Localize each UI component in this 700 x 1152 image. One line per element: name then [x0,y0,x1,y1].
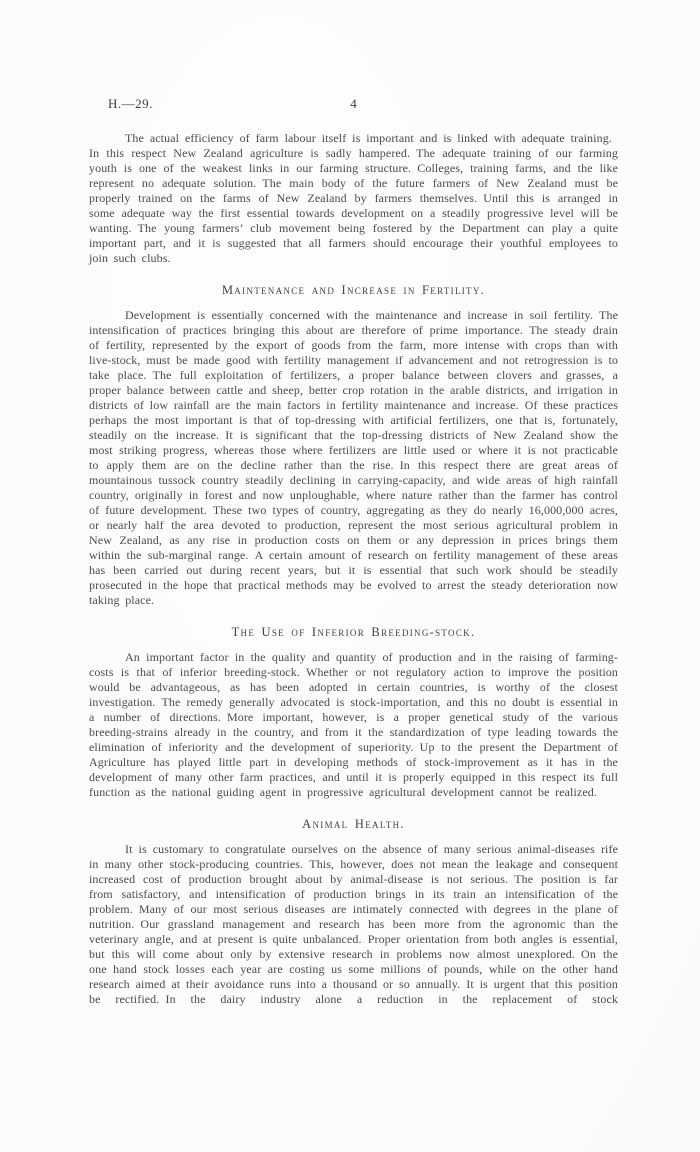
section-heading: Maintenance and Increase in Fertility. [89,283,618,297]
document-section: Animal Health.It is customary to congrat… [89,817,618,1007]
paragraph: It is customary to congratulate ourselve… [89,842,618,1007]
paragraph: An important factor in the quality and q… [89,650,618,800]
paragraph: Development is essentially concerned wit… [89,308,618,608]
document-section: Maintenance and Increase in Fertility.De… [89,283,618,608]
page-content: H.—29. 4 The actual efficiency of farm l… [89,96,618,1007]
document-body: The actual efficiency of farm labour its… [89,131,618,1007]
page-header: H.—29. 4 [89,96,618,111]
document-page: H.—29. 4 The actual efficiency of farm l… [0,0,700,1152]
section-heading: The Use of Inferior Breeding-stock. [89,625,618,639]
document-section: The Use of Inferior Breeding-stock.An im… [89,625,618,800]
page-number: 4 [89,96,618,111]
section-heading: Animal Health. [89,817,618,831]
document-section: The actual efficiency of farm labour its… [89,131,618,266]
paragraph: The actual efficiency of farm labour its… [89,131,618,266]
